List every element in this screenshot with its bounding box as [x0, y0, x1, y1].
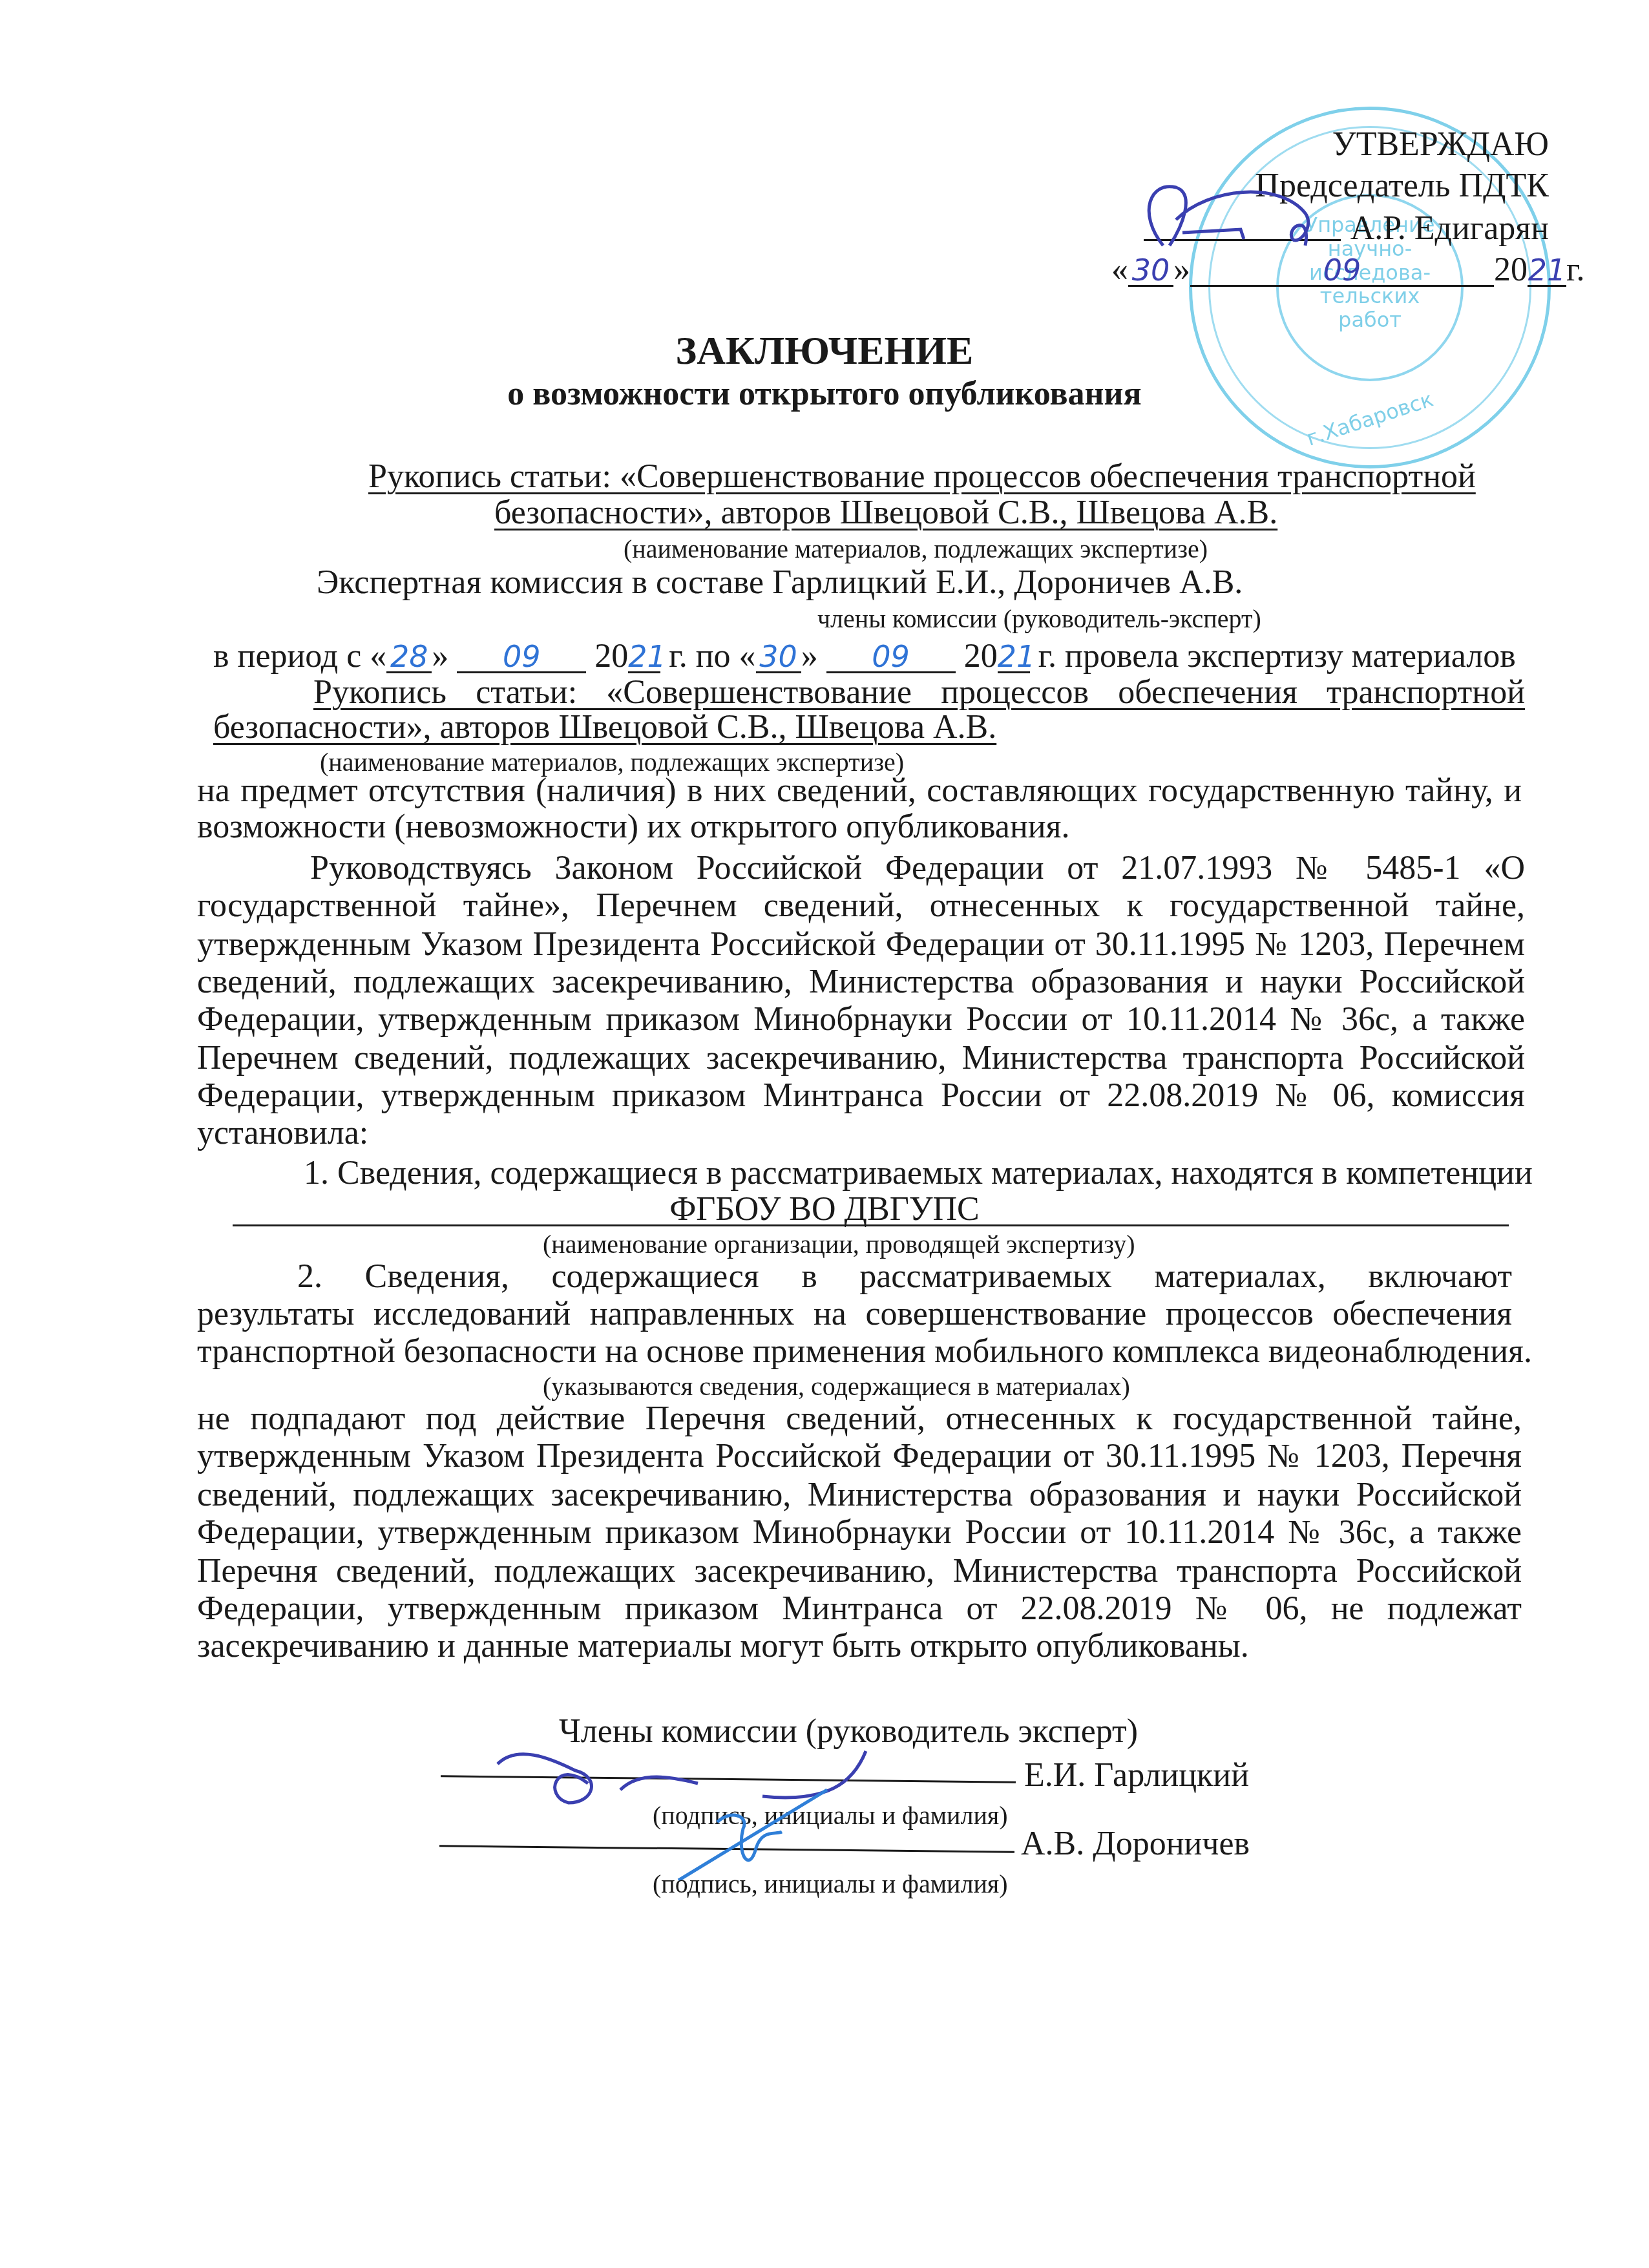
guided-line: сведений, подлежащих засекречиванию, Мин… — [197, 965, 1525, 999]
approval-signature — [1137, 174, 1370, 258]
approval-heading: УТВЕРЖДАЮ — [1332, 128, 1549, 162]
approval-day: 30 — [1128, 255, 1173, 287]
period-to-day: 30 — [756, 642, 801, 673]
member-name-2: А.В. Дороничев — [1021, 1827, 1250, 1861]
quote-close: » — [801, 638, 818, 675]
conclusion-line: сведений, подлежащих засекречиванию, Мин… — [197, 1478, 1522, 1512]
conclusion-line-last: засекречиванию и данные материалы могут … — [197, 1630, 1249, 1663]
period-from-month: 09 — [457, 642, 586, 673]
subject-line-1: на предмет отсутствия (наличия) в них св… — [197, 774, 1522, 808]
guided-line: Федерации, утвержденным приказом Минобрн… — [197, 1003, 1525, 1036]
period-suffix: г. провела экспертизу материалов — [1038, 638, 1516, 675]
quote-close: » — [432, 638, 448, 675]
year-prefix: 20 — [964, 638, 998, 675]
document-subtitle: о возможности открытого опубликования — [0, 375, 1649, 413]
period-prefix: в период с « — [213, 638, 386, 675]
approval-month: 09 — [1190, 255, 1494, 287]
year-prefix: 20 — [594, 638, 628, 675]
point2-caption: (указываются сведения, содержащиеся в ма… — [543, 1374, 1130, 1400]
year-suffix: г. — [1566, 251, 1584, 288]
conclusion-line: утвержденным Указом Президента Российско… — [197, 1440, 1522, 1473]
period-to-month: 09 — [826, 642, 956, 673]
point1-organization: ФГБОУ ВО ДВГУПС — [0, 1193, 1649, 1226]
materials-line-2: безопасности», авторов Швецовой С.В., Шв… — [494, 496, 1277, 530]
commission-caption: члены комиссии (руководитель-эксперт) — [817, 606, 1261, 632]
period-to-year: 21 — [998, 642, 1030, 673]
conclusion-line: Перечня сведений, подлежащих засекречива… — [197, 1555, 1522, 1588]
guided-line: Перечнем сведений, подлежащих засекречив… — [197, 1042, 1525, 1075]
period-from-day: 28 — [386, 642, 432, 673]
guided-line: государственной тайне», Перечнем сведени… — [197, 889, 1525, 923]
materials2-line-2: безопасности», авторов Швецовой С.В., Шв… — [213, 711, 996, 744]
materials2-line-1: Рукопись статьи: «Совершенствование проц… — [313, 676, 1525, 709]
period-line: в период с «28» 09 2021 г. по «30» 09 20… — [213, 640, 1516, 673]
point1-caption: (наименование организации, проводящей эк… — [543, 1232, 1135, 1257]
point2-line: транспортной безопасности на основе прим… — [197, 1335, 1532, 1369]
member-name-1: Е.И. Гарлицкий — [1024, 1759, 1249, 1792]
guided-line: Федерации, утвержденным приказом Минтран… — [197, 1079, 1525, 1113]
commission-text: Экспертная комиссия в составе Гарлицкий … — [317, 566, 1243, 600]
subject-line-2: возможности (невозможности) их открытого… — [197, 810, 1070, 844]
approval-date: «30»092021г. — [1111, 253, 1584, 287]
materials2-caption: (наименование материалов, подлежащих экс… — [320, 750, 904, 775]
guided-line: Руководствуясь Законом Российской Федера… — [310, 852, 1525, 885]
point2-line: результаты исследований направленных на … — [197, 1297, 1512, 1331]
member-caption-2: (подпись, инициалы и фамилия) — [653, 1871, 1008, 1897]
conclusion-line: Федерации, утвержденным приказом Минобрн… — [197, 1516, 1522, 1549]
period-middle: г. по « — [669, 638, 755, 675]
approval-year: 21 — [1528, 255, 1566, 287]
materials-caption: (наименование материалов, подлежащих экс… — [624, 536, 1208, 562]
quote-close: » — [1173, 251, 1190, 288]
period-from-year: 21 — [628, 642, 660, 673]
conclusion-line: Федерации, утвержденным приказом Минтран… — [197, 1592, 1522, 1626]
conclusion-line: не подпадают под действие Перечня сведен… — [197, 1402, 1522, 1436]
point2-line: 2. Сведения, содержащиеся в рассматривае… — [297, 1260, 1512, 1294]
guided-line: утвержденным Указом Президента Российско… — [197, 928, 1525, 961]
quote-open: « — [1111, 251, 1128, 288]
materials-line-1: Рукопись статьи: «Совершенствование проц… — [368, 460, 1476, 494]
point1-text: 1. Сведения, содержащиеся в рассматривае… — [304, 1157, 1533, 1190]
year-prefix: 20 — [1494, 251, 1528, 288]
document-title: ЗАКЛЮЧЕНИЕ — [0, 328, 1649, 374]
stamp-line: тельских — [1283, 284, 1457, 308]
signatures-heading: Члены комиссии (руководитель эксперт) — [559, 1715, 1138, 1748]
point1-underline — [233, 1224, 1509, 1226]
guided-line-last: установила: — [197, 1117, 368, 1150]
approval-name: А.Р. Едигарян — [1350, 212, 1549, 246]
